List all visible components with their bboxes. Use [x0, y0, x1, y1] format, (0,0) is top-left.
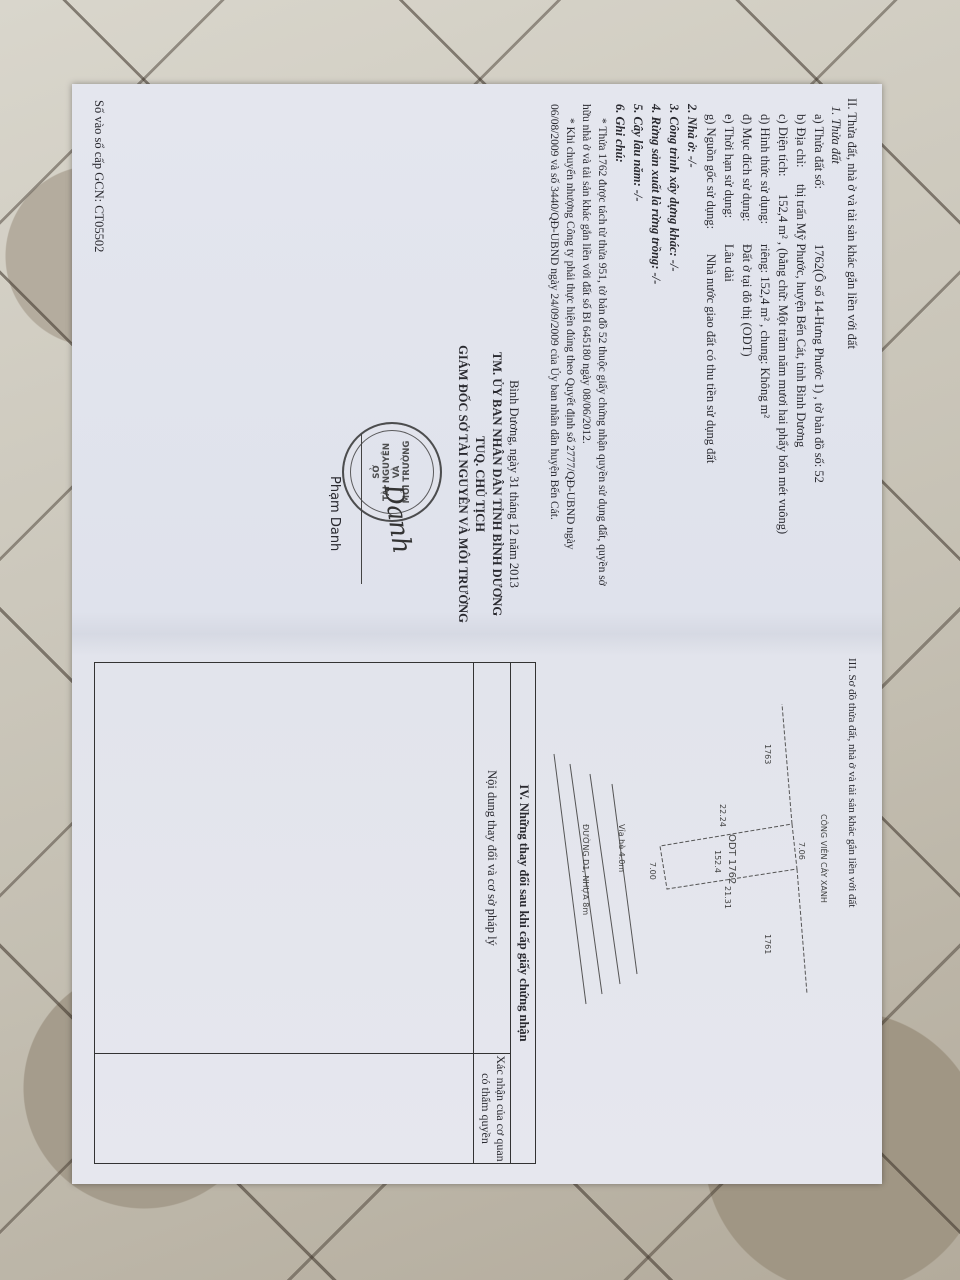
col-authority-confirmation: Xác nhận của cơ quan có thẩm quyền	[472, 1054, 510, 1163]
label-parcel: ODT 1762	[726, 834, 737, 884]
other-works-row: 3. Công trình xây dựng khác: -/-	[665, 104, 682, 272]
label-edge-bottom: 7.00	[648, 862, 657, 880]
registry-number: Số vào sổ cấp GCN: CT05502	[91, 100, 106, 252]
row-usage-form: d) Hình thức sử dụng:riêng: 152,4 m² , c…	[757, 114, 772, 418]
label-neighbor-1761: 1761	[763, 934, 772, 954]
org-line-3: GIÁM ĐỐC SỞ TÀI NGUYÊN VÀ MÔI TRƯỜNG	[454, 334, 471, 634]
forest-row: 4. Rừng sản xuất là rừng trồng: -/-	[647, 104, 664, 284]
right-page: III. Sơ đồ thửa đất, nhà ở và tài sản kh…	[72, 644, 882, 1184]
label-area: 152.4	[713, 850, 722, 873]
note-line: * Khi chuyển nhượng Công ty phải thực hi…	[561, 118, 578, 550]
section-iii-heading: III. Sơ đồ thửa đất, nhà ở và tài sản kh…	[843, 658, 860, 907]
note-line: hữu nhà ở và tài sản khác gắn liền với đ…	[577, 104, 594, 444]
perennial-row: 5. Cây lâu năm: -/-	[629, 104, 646, 202]
label-sidewalk: Vỉa hè 4.0m	[617, 824, 626, 872]
signature-block: Bình Dương, ngày 31 tháng 12 năm 2013 TM…	[454, 334, 522, 634]
note-line: 06/08/2009 và số 3440/QĐ-UBND ngày 24/09…	[545, 104, 562, 520]
row-parcel-number: a) Thửa đất số:1762(Ô số 14-Hưng Phước 1…	[811, 114, 826, 483]
label-edge-top: 7.06	[797, 842, 806, 860]
label-road: ĐƯỜNG D1, NHỰA 8m	[581, 824, 590, 915]
house-row: 2. Nhà ở: -/-	[683, 104, 700, 168]
signature-line	[361, 434, 362, 584]
org-line-1: TM. ỦY BAN NHÂN DÂN TỈNH BÌNH DƯƠNG	[488, 334, 505, 634]
certificate-sheet: II. Thửa đất, nhà ở và tài sản khác gắn …	[72, 84, 882, 1184]
note-line: * Thửa 1762 được tách từ thửa 951, tờ bả…	[593, 118, 610, 586]
row-area: c) Diện tích:152,4 m² , (bằng chữ: Một t…	[775, 114, 790, 534]
table-column-divider	[95, 1053, 475, 1054]
org-line-2: TUQ. CHỦ TỊCH	[471, 334, 488, 634]
row-usage-origin: g) Nguồn gốc sử dụng:Nhà nước giao đất c…	[703, 114, 718, 463]
label-edge-left: 22.24	[718, 804, 727, 827]
label-neighbor-1763: 1763	[763, 744, 772, 764]
section-iv-heading: IV. Những thay đổi sau khi cấp giấy chứn…	[516, 663, 531, 1163]
left-page: II. Thửa đất, nhà ở và tài sản khác gắn …	[72, 84, 882, 644]
row-address: b) Địa chỉ:thị trấn Mỹ Phước, huyện Bến …	[793, 114, 808, 447]
parcel-plan-drawing	[552, 674, 842, 1154]
label-park: CÔNG VIÊN CÂY XANH	[819, 814, 828, 903]
changes-table: IV. Những thay đổi sau khi cấp giấy chứn…	[94, 662, 536, 1164]
notes-heading: 6. Ghi chú:	[611, 104, 628, 163]
label-edge-right: 21.31	[723, 886, 732, 909]
col-change-content: Nội dung thay đổi và cơ sở pháp lý	[474, 663, 510, 1054]
section-ii-heading: II. Thửa đất, nhà ở và tài sản khác gắn …	[843, 98, 860, 349]
parcel-diagram: CÔNG VIÊN CÂY XANH ODT 1762 152.4 1763 1…	[552, 674, 842, 1154]
row-usage-term: e) Thời hạn sử dụng:Lâu dài	[721, 114, 736, 282]
place-date: Bình Dương, ngày 31 tháng 12 năm 2013	[505, 334, 522, 634]
signer-name: Phạm Danh	[327, 476, 342, 551]
land-parcel-heading: 1. Thửa đất	[827, 106, 844, 164]
changes-table-header: Nội dung thay đổi và cơ sở pháp lý Xác n…	[473, 663, 511, 1163]
row-usage-purpose: đ) Mục đích sử dụng:Đất ở tại đô thị (OD…	[739, 114, 754, 357]
